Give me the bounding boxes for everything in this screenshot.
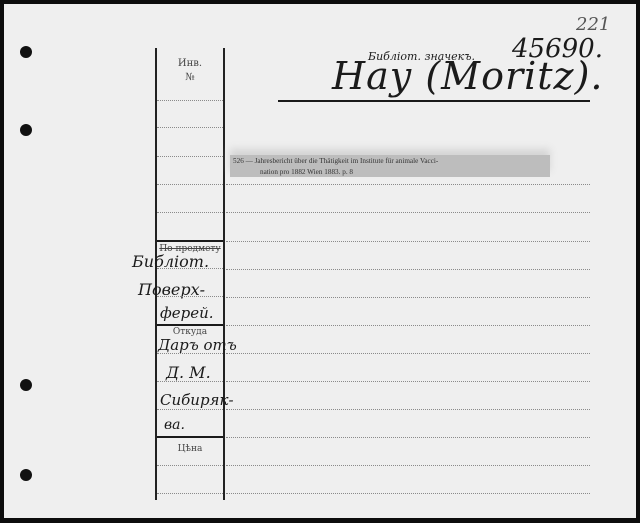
ruled-line	[157, 268, 223, 269]
section-divider	[157, 240, 223, 242]
catalog-card: Инв. № По предмету Библіот. Поверх- фере…	[4, 4, 636, 518]
price-label: Цѣна	[157, 444, 223, 454]
punch-hole	[20, 124, 32, 136]
number-sign: №	[157, 72, 223, 83]
ruled-line	[157, 493, 223, 494]
clipping-line: 526 — Jahresbericht über die Thätigkeit …	[230, 155, 550, 168]
ruled-line	[157, 156, 223, 157]
section-divider	[157, 324, 223, 326]
ruled-line	[157, 100, 223, 101]
ruled-line	[157, 353, 223, 354]
column-border-left	[155, 48, 157, 500]
punch-hole	[20, 469, 32, 481]
ruled-line	[157, 296, 223, 297]
ruled-line	[226, 325, 590, 326]
ruled-line	[157, 212, 223, 213]
ruled-line	[226, 437, 590, 438]
ruled-line	[226, 241, 590, 242]
ruled-line	[226, 381, 590, 382]
source-handwriting: Сибиряк-	[160, 391, 234, 409]
ruled-line	[157, 381, 223, 382]
inventory-label: Инв.	[157, 58, 223, 69]
punch-hole	[20, 46, 32, 58]
source-handwriting: Даръ отъ	[158, 336, 237, 354]
source-handwriting: ва.	[164, 417, 185, 433]
source-handwriting: Д. М.	[166, 363, 211, 382]
corner-number: 221	[576, 14, 610, 35]
ruled-line	[157, 465, 223, 466]
ruled-line	[226, 493, 590, 494]
ruled-line	[226, 353, 590, 354]
ruled-line	[226, 212, 590, 213]
clipping-line: nation pro 1882 Wien 1883. p. 8	[230, 168, 550, 179]
pasted-clipping: 526 — Jahresbericht über die Thätigkeit …	[230, 155, 550, 177]
ruled-line	[157, 127, 223, 128]
subject-handwriting: ферей.	[160, 304, 214, 322]
ruled-line	[226, 297, 590, 298]
ruled-line	[226, 184, 590, 185]
section-divider	[157, 436, 223, 438]
heading-rule	[278, 100, 590, 102]
ruled-line	[226, 269, 590, 270]
ruled-line	[226, 409, 590, 410]
author-name: Hay (Moritz).	[332, 54, 603, 98]
punch-hole	[20, 379, 32, 391]
ruled-line	[157, 409, 223, 410]
ruled-line	[157, 184, 223, 185]
ruled-line	[226, 465, 590, 466]
column-border-right	[223, 48, 225, 500]
